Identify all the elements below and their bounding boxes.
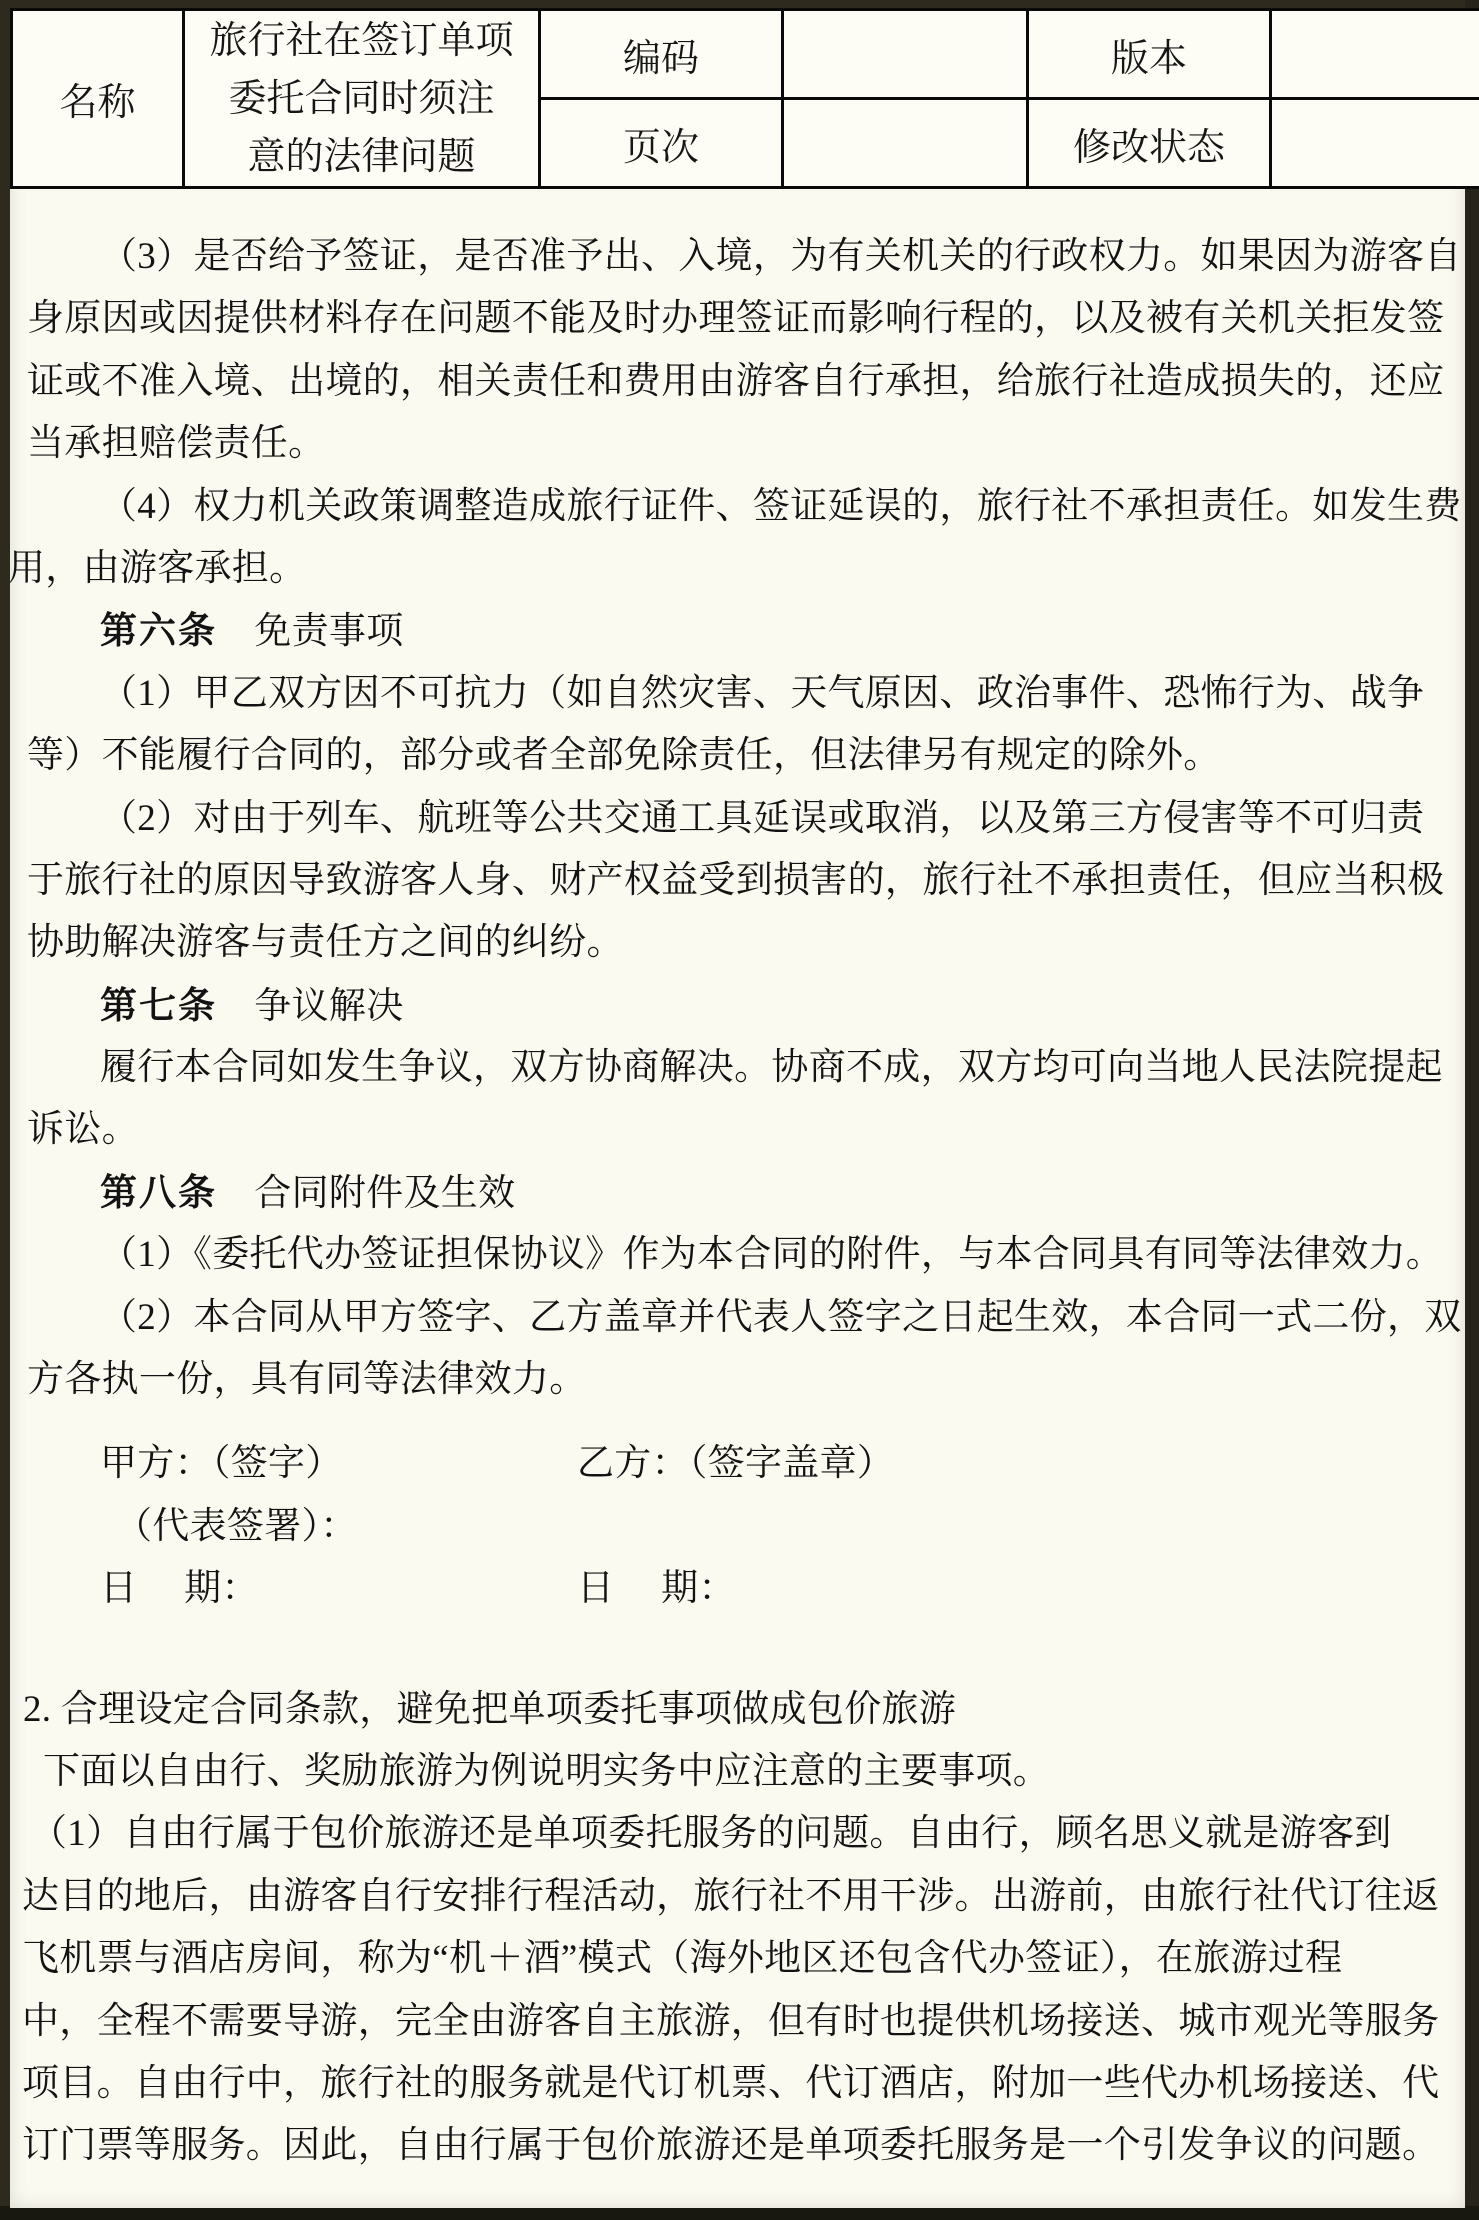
text-line: 当承担赔偿责任。 [0, 413, 1465, 475]
line-text: （1）自由行属于包价旅游还是单项委托服务的问题。自由行，顾名思义就是游客到 [30, 1813, 1392, 1854]
page-value-cell [783, 99, 1028, 188]
header-table: 名称 旅行社在签订单项 委托合同时须注 意的法律问题 编码 版本 页次 修改状态 [10, 8, 1479, 189]
text-line: 方各执一份，具有同等法律效力。 [0, 1349, 1465, 1411]
line-text: （1）《委托代办签证担保协议》作为本合同的附件，与本合同具有同等法律效力。 [100, 1234, 1443, 1275]
text-line: 达目的地后，由游客自行安排行程活动，旅行社不用干涉。出游前，由旅行社代订往返 [0, 1866, 1465, 1928]
doc-title-line-1: 旅行社在签订单项 [185, 12, 538, 70]
line-text: 飞机票与酒店房间，称为“机＋酒”模式（海外地区还包含代办签证），在旅游过程 [22, 1938, 1342, 1979]
line-text: 合同附件及生效 [217, 1173, 515, 1214]
line-text: 协助解决游客与责任方之间的纠纷。 [27, 922, 624, 963]
text-line: 2. 合理设定合同条款，避免把单项委托事项做成包价旅游 [0, 1679, 1465, 1741]
document-body: （3）是否给予签证，是否准予出、入境，为有关机关的行政权力。如果因为游客自身原因… [0, 226, 1465, 2178]
text-line: 飞机票与酒店房间，称为“机＋酒”模式（海外地区还包含代办签证），在旅游过程 [0, 1928, 1465, 1990]
line-text: 诉讼。 [27, 1109, 139, 1150]
article-heading-line: 第七条 争议解决 [0, 975, 1465, 1037]
code-value-cell [783, 10, 1028, 99]
line-text: 下面以自由行、奖励旅游为例说明实务中应注意的主要事项。 [43, 1751, 1050, 1792]
article-number: 第七条 [100, 984, 217, 1027]
line-text: 达目的地后，由游客自行安排行程活动，旅行社不用干涉。出游前，由旅行社代订往返 [22, 1876, 1439, 1917]
vertical-gap [0, 1621, 1465, 1679]
scanned-document-page: { "page": { "frame_color": "#2e2b1e", "p… [0, 0, 1479, 2220]
line-text: 日 期： [100, 1568, 259, 1609]
line-text: 等）不能履行合同的，部分或者全部免除责任，但法律另有规定的除外。 [27, 735, 1221, 776]
photo-frame-bottom [0, 2206, 1479, 2220]
line-text: 身原因或因提供材料存在问题不能及时办理签证而影响行程的，以及被有关机关拒发签 [27, 298, 1444, 339]
line-text: 甲方：（签字） [100, 1443, 343, 1484]
line-text: 项目。自由行中，旅行社的服务就是代订机票、代订酒店，附加一些代办机场接送、代 [22, 2063, 1439, 2104]
text-line: （1）《委托代办签证担保协议》作为本合同的附件，与本合同具有同等法律效力。 [0, 1224, 1465, 1286]
version-label-cell: 版本 [1028, 10, 1271, 99]
line-text: （1）甲乙双方因不可抗力（如自然灾害、天气原因、政治事件、恐怖行为、战争 [100, 673, 1424, 714]
line-text: 2. 合理设定合同条款，避免把单项委托事项做成包价旅游 [23, 1689, 956, 1730]
version-value-cell [1271, 10, 1479, 99]
text-line: 中，全程不需要导游，完全由游客自主旅游，但有时也提供机场接送、城市观光等服务 [0, 1991, 1465, 2053]
text-line: 等）不能履行合同的，部分或者全部免除责任，但法律另有规定的除外。 [0, 725, 1465, 787]
text-line: （4）权力机关政策调整造成旅行证件、签证延误的，旅行社不承担责任。如发生费 [0, 476, 1465, 538]
text-line: （代表签署）： [0, 1496, 1465, 1558]
doc-title-line-3: 意的法律问题 [185, 128, 538, 186]
line-text: （代表签署）： [115, 1506, 358, 1547]
line-text-column-2: 日 期： [577, 1558, 736, 1620]
article-heading-line: 第八条 合同附件及生效 [0, 1162, 1465, 1224]
text-line: 项目。自由行中，旅行社的服务就是代订机票、代订酒店，附加一些代办机场接送、代 [0, 2053, 1465, 2115]
text-line: 订门票等服务。因此，自由行属于包价旅游还是单项委托服务是一个引发争议的问题。 [0, 2115, 1465, 2177]
line-text: 当承担赔偿责任。 [27, 423, 325, 464]
line-text: 方各执一份，具有同等法律效力。 [27, 1359, 587, 1400]
revision-value-cell [1271, 99, 1479, 188]
text-line: （3）是否给予签证，是否准予出、入境，为有关机关的行政权力。如果因为游客自 [0, 226, 1465, 288]
text-line: 下面以自由行、奖励旅游为例说明实务中应注意的主要事项。 [0, 1741, 1465, 1803]
doc-title-line-2: 委托合同时须注 [185, 70, 538, 128]
line-text: （3）是否给予签证，是否准予出、入境，为有关机关的行政权力。如果因为游客自 [100, 236, 1462, 277]
code-label-cell: 编码 [540, 10, 783, 99]
line-text: 履行本合同如发生争议，双方协商解决。协商不成，双方均可向当地人民法院提起 [100, 1047, 1443, 1088]
text-line: 甲方：（签字）乙方：（签字盖章） [0, 1433, 1465, 1495]
text-line: （2）对由于列车、航班等公共交通工具延误或取消，以及第三方侵害等不可归责 [0, 788, 1465, 850]
text-line: 日 期：日 期： [0, 1558, 1465, 1620]
line-text: 订门票等服务。因此，自由行属于包价旅游还是单项委托服务是一个引发争议的问题。 [22, 2125, 1439, 2166]
article-number: 第六条 [100, 609, 217, 652]
text-line: 证或不准入境、出境的，相关责任和费用由游客自行承担，给旅行社造成损失的，还应 [0, 351, 1465, 413]
text-line: （1）自由行属于包价旅游还是单项委托服务的问题。自由行，顾名思义就是游客到 [0, 1803, 1465, 1865]
line-text: （2）对由于列车、航班等公共交通工具延误或取消，以及第三方侵害等不可归责 [100, 798, 1424, 839]
text-line: 于旅行社的原因导致游客人身、财产权益受到损害的，旅行社不承担责任，但应当积极 [0, 850, 1465, 912]
line-text: 中，全程不需要导游，完全由游客自主旅游，但有时也提供机场接送、城市观光等服务 [22, 2001, 1439, 2042]
line-text: 用，由游客承担。 [8, 548, 306, 589]
doc-title-cell: 旅行社在签订单项 委托合同时须注 意的法律问题 [184, 10, 540, 188]
text-line: 协助解决游客与责任方之间的纠纷。 [0, 912, 1465, 974]
line-text: 免责事项 [217, 611, 404, 652]
text-line: 用，由游客承担。 [0, 538, 1465, 600]
vertical-gap [0, 1411, 1465, 1433]
text-line: 诉讼。 [0, 1099, 1465, 1161]
text-line: （1）甲乙双方因不可抗力（如自然灾害、天气原因、政治事件、恐怖行为、战争 [0, 663, 1465, 725]
text-line: 身原因或因提供材料存在问题不能及时办理签证而影响行程的，以及被有关机关拒发签 [0, 288, 1465, 350]
line-text: 证或不准入境、出境的，相关责任和费用由游客自行承担，给旅行社造成损失的，还应 [27, 361, 1444, 402]
line-text: 于旅行社的原因导致游客人身、财产权益受到损害的，旅行社不承担责任，但应当积极 [27, 860, 1444, 901]
line-text: 争议解决 [217, 986, 404, 1027]
text-line: （2）本合同从甲方签字、乙方盖章并代表人签字之日起生效，本合同一式二份，双 [0, 1287, 1465, 1349]
name-label-cell: 名称 [12, 10, 184, 188]
line-text: （2）本合同从甲方签字、乙方盖章并代表人签字之日起生效，本合同一式二份，双 [100, 1297, 1462, 1338]
page-label-cell: 页次 [540, 99, 783, 188]
line-text: （4）权力机关政策调整造成旅行证件、签证延误的，旅行社不承担责任。如发生费 [100, 486, 1462, 527]
article-number: 第八条 [100, 1171, 217, 1214]
text-line: 履行本合同如发生争议，双方协商解决。协商不成，双方均可向当地人民法院提起 [0, 1037, 1465, 1099]
revision-label-cell: 修改状态 [1028, 99, 1271, 188]
article-heading-line: 第六条 免责事项 [0, 600, 1465, 662]
photo-frame-right [1465, 0, 1479, 2220]
line-text-column-2: 乙方：（签字盖章） [577, 1433, 894, 1495]
